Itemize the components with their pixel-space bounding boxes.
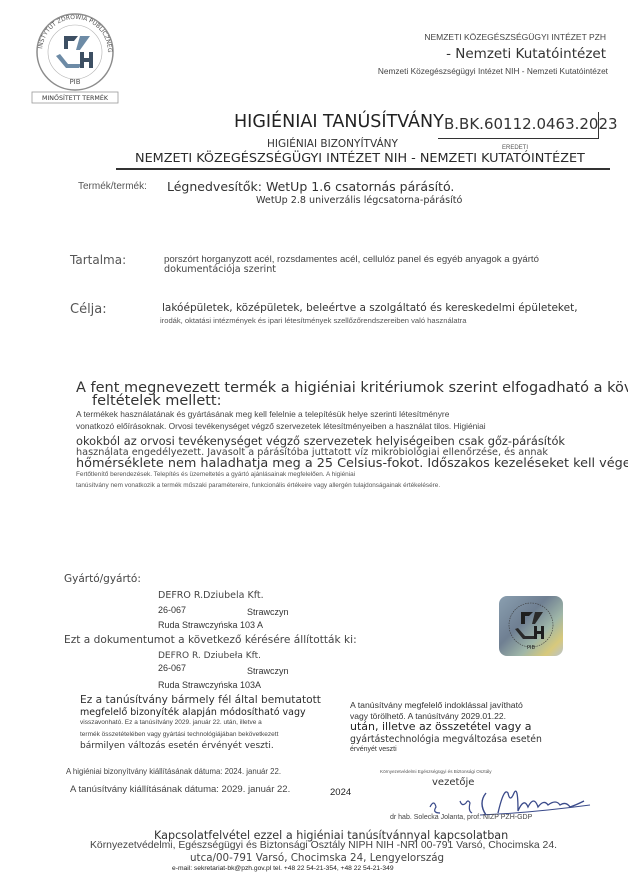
certificate-number: B.BK.60112.0463.2023 bbox=[444, 115, 618, 133]
validity-right-line: A tanúsítvány megfelelő indoklással javí… bbox=[350, 700, 523, 710]
manufacturer-name: DEFRO R.Dziubela Kft. bbox=[158, 590, 264, 601]
applicant-label: Ezt a dokumentumot a következő kérésére … bbox=[64, 634, 357, 646]
hologram-sticker: PIB bbox=[499, 596, 563, 656]
manufacturer-label: Gyártó/gyártó: bbox=[64, 573, 141, 585]
header-divider bbox=[116, 168, 610, 170]
purpose-line-2: irodák, oktatási intézmények és ipari lé… bbox=[160, 316, 466, 325]
footer-contact-info[interactable]: e-mail: sekretariat-bk@pzh.gov.pl tel. +… bbox=[172, 865, 394, 872]
applicant-street: Ruda Strawczyńska 103A bbox=[158, 680, 261, 690]
pzh-hologram-icon: PIB bbox=[499, 596, 563, 656]
pzh-seal-icon: INSTYTUT ZDROWIA PUBLICZNEGO PIB MINŐSÍT… bbox=[20, 10, 130, 110]
issue-date: A higiéniai bizonyítvány kiállításának d… bbox=[66, 767, 281, 776]
validity-left-line: visszavonható. Ez a tanúsítvány 2029. ja… bbox=[80, 719, 262, 726]
validity-left-line: megfelelő bizonyíték alapján módosítható… bbox=[80, 707, 306, 718]
footer-address-line: utca/00-791 Varsó, Chocimska 24, Lengyel… bbox=[190, 852, 444, 864]
department-name: Környezetvédelmi Egészségügyi és Biztons… bbox=[380, 769, 492, 774]
condition-line: tanúsítvány nem vonatkozik a termék műsz… bbox=[76, 482, 440, 489]
certificate-subtitle: HIGIÉNIAI BIZONYÍTVÁNY bbox=[267, 138, 398, 150]
condition-line: okokból az orvosi tevékenységet végző sz… bbox=[76, 434, 565, 448]
applicant-postcode: 26-067 bbox=[158, 663, 186, 673]
manufacturer-street: Ruda Strawczyńska 103 A bbox=[158, 620, 263, 630]
purpose-line-1: lakóépületek, középületek, beleértve a s… bbox=[162, 302, 578, 314]
product-line-1: Légnedvesítők: WetUp 1.6 csatornás párás… bbox=[167, 179, 454, 194]
validity-right-line: érvényét veszti bbox=[350, 746, 397, 753]
year-stamp: 2024 bbox=[330, 787, 351, 798]
condition-line: hőmérséklete nem haladhatja meg a 25 Cel… bbox=[76, 456, 628, 471]
condition-line: vonatkozó előírásoknak. Orvosi tevékenys… bbox=[76, 421, 486, 431]
header-institute-caps: NEMZETI KÖZEGÉSZSÉGÜGYI INTÉZET PZH bbox=[424, 32, 606, 42]
svg-text:MINŐSÍTETT TERMÉK: MINŐSÍTETT TERMÉK bbox=[42, 93, 109, 102]
validity-left-line: Ez a tanúsítvány bármely fél által bemut… bbox=[80, 694, 321, 706]
validity-right-line: gyártástechnológia megváltozása esetén bbox=[350, 734, 542, 745]
conditions-heading-cont: feltételek mellett: bbox=[92, 393, 222, 409]
contents-line-2: dokumentációja szerint bbox=[164, 264, 276, 275]
purpose-label: Célja: bbox=[70, 302, 107, 317]
certified-product-seal: INSTYTUT ZDROWIA PUBLICZNEGO PIB MINŐSÍT… bbox=[20, 10, 130, 110]
contents-label: Tartalma: bbox=[70, 253, 126, 267]
manufacturer-city: Strawczyn bbox=[247, 607, 289, 617]
svg-text:PIB: PIB bbox=[69, 78, 80, 86]
issuing-institute: NEMZETI KÖZEGÉSZSÉGÜGYI INTÉZET NIH - NE… bbox=[135, 151, 585, 166]
certificate-date: A tanúsítvány kiállításának dátuma: 2029… bbox=[70, 784, 290, 795]
condition-line: A termékek használatának és gyártásának … bbox=[76, 409, 449, 419]
applicant-city: Strawczyn bbox=[247, 666, 289, 676]
header-institute-name: - Nemzeti Kutatóintézet bbox=[446, 46, 606, 62]
header-institute-full: Nemzeti Közegészségügyi Intézet NIH - Ne… bbox=[378, 66, 608, 76]
applicant-name: DEFRO R. Dziubeła Kft. bbox=[158, 651, 261, 661]
product-label: Termék/termék: bbox=[78, 181, 147, 192]
product-line-2: WetUp 2.8 univerzális légcsatorna-párásí… bbox=[256, 195, 462, 206]
manufacturer-postcode: 26-067 bbox=[158, 605, 186, 615]
validity-left-line: termék összetételében vagy gyártási tech… bbox=[80, 731, 278, 738]
validity-left-line: bármilyen változás esetén érvényét veszt… bbox=[80, 741, 274, 751]
condition-line: Fertőtlenítő berendezések. Telepítés és … bbox=[76, 471, 355, 478]
footer-address-line: Környezetvédelmi, Egészségügyi és Bizton… bbox=[90, 840, 557, 851]
signer-name: dr hab. Solecka Jolanta, prof. NIZP PZH-… bbox=[390, 814, 532, 821]
certificate-title: HIGIÉNIAI TANÚSÍTVÁNY bbox=[234, 112, 444, 132]
validity-right-line: után, illetve az összetétel vagy a bbox=[350, 720, 531, 733]
svg-text:PIB: PIB bbox=[527, 645, 535, 651]
